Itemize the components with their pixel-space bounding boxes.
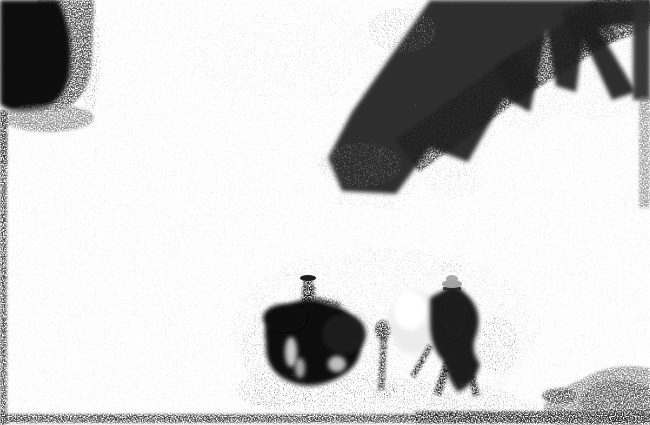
right-rider-hat-crown	[446, 275, 458, 283]
left-rider-torso	[302, 284, 315, 312]
ridge-dust-below	[422, 166, 482, 198]
left-animal-leg-highlight	[285, 337, 297, 367]
left-rider-hat	[300, 275, 316, 281]
left-animal-shoulder	[263, 304, 307, 332]
ink-blot-bottom-fringe	[2, 104, 94, 132]
photo	[0, 0, 650, 425]
white-horse-flank-bright	[393, 290, 427, 330]
ridge-dust-tip	[318, 143, 402, 187]
brush-blob	[542, 388, 578, 404]
ink-blot-core	[0, 0, 71, 111]
photo-canvas	[0, 0, 650, 425]
ridge-dust-left	[368, 8, 436, 52]
calf-head	[375, 320, 391, 340]
ground-band-left	[235, 372, 315, 408]
right-edge-strip	[633, 0, 650, 100]
ink-blot-right-fringe	[80, 0, 100, 113]
left-edge-border	[0, 110, 7, 425]
hat-dust	[440, 260, 464, 276]
bottom-border-right-dense	[415, 411, 650, 423]
left-animal-belly-highlight	[328, 356, 346, 372]
left-animal-head	[322, 314, 366, 354]
horse-tail-dust	[475, 317, 519, 373]
right-edge-fade	[639, 96, 650, 208]
